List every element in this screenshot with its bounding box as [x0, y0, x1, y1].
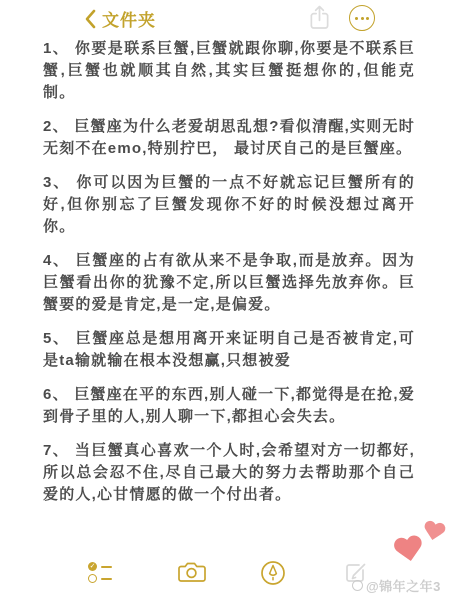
- checklist-icon: ✓: [88, 562, 114, 583]
- back-to-folder-button[interactable]: 文件夹: [84, 6, 156, 31]
- share-icon: [308, 18, 331, 35]
- chevron-left-icon: [84, 9, 96, 29]
- camera-button[interactable]: [177, 560, 207, 589]
- note-paragraph-6: 6、 巨蟹座在平的东西,别人碰一下,都觉得是在抢,爱到骨子里的人,别人聊一下,都…: [43, 384, 415, 428]
- note-paragraph-4: 4、 巨蟹座的占有欲从来不是争取,而是放弃。因为巨蟹看出你的犹豫不定,所以巨蟹选…: [43, 250, 415, 316]
- more-options-button[interactable]: [349, 5, 375, 31]
- camera-icon: [177, 571, 207, 588]
- markup-pen-icon: [260, 573, 286, 590]
- watermark-avatar-icon: [352, 580, 363, 591]
- note-paragraph-7: 7、 当巨蟹真心喜欢一个人时,会希望对方一切都好,所以总会忍不住,尽自己最大的努…: [43, 440, 415, 506]
- markup-button[interactable]: [260, 560, 286, 591]
- heart-decoration-small: [421, 520, 447, 544]
- share-button[interactable]: [308, 4, 331, 36]
- note-header: 文件夹: [0, 0, 449, 34]
- back-button-label: 文件夹: [102, 6, 156, 31]
- note-paragraph-2: 2、 巨蟹座为什么老爱胡思乱想?看似清醒,实则无时无刻不在emo,特别拧巴， 最…: [43, 116, 415, 160]
- watermark-text: @锦年之年3: [366, 576, 441, 595]
- note-paragraph-3: 3、 你可以因为巨蟹的一点不好就忘记巨蟹所有的好,但你别忘了巨蟹发现你不好的时候…: [43, 172, 415, 238]
- note-content[interactable]: 1、 你要是联系巨蟹,巨蟹就跟你聊,你要是不联系巨蟹,巨蟹也就顺其自然,其实巨蟹…: [43, 38, 415, 518]
- note-paragraph-1: 1、 你要是联系巨蟹,巨蟹就跟你聊,你要是不联系巨蟹,巨蟹也就顺其自然,其实巨蟹…: [43, 38, 415, 104]
- watermark: @锦年之年3: [352, 576, 441, 595]
- more-ellipsis-icon: [355, 17, 358, 20]
- note-paragraph-5: 5、 巨蟹座总是想用离开来证明自己是否被肯定,可是ta输就输在根本没想赢,只想被…: [43, 328, 415, 372]
- checklist-button[interactable]: ✓: [88, 562, 114, 586]
